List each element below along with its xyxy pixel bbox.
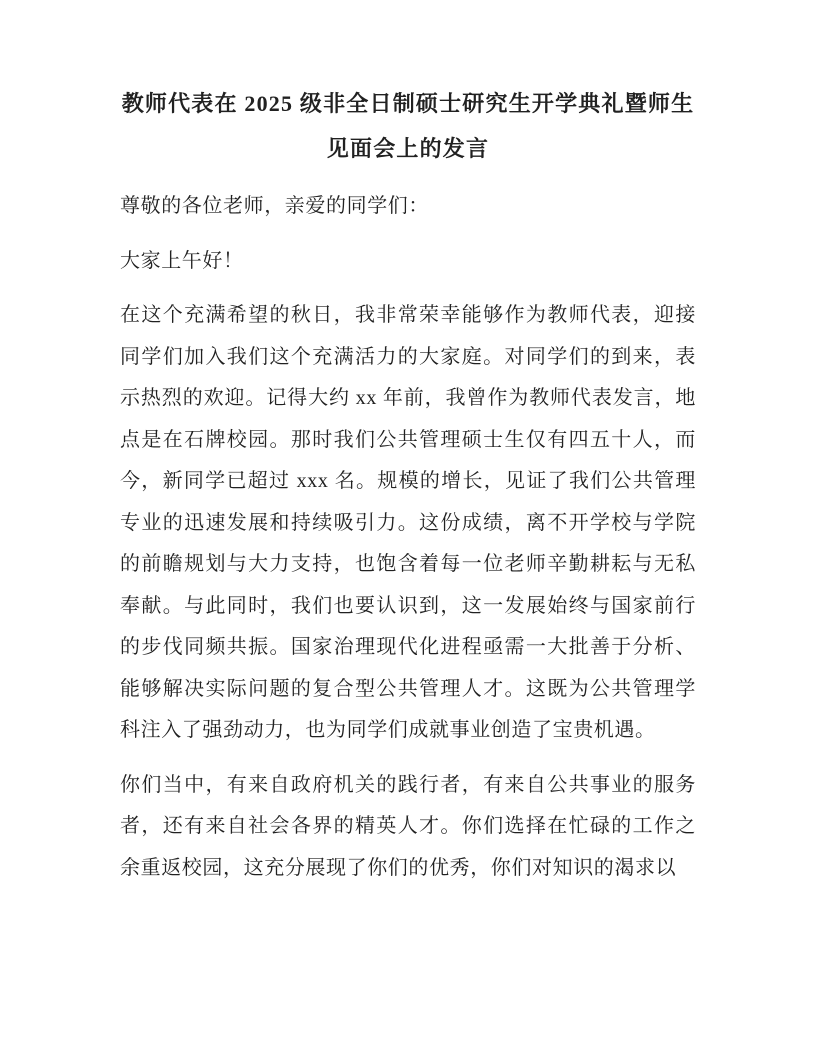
document-body: 尊敬的各位老师，亲爱的同学们：大家上午好！在这个充满希望的秋日，我非常荣幸能够作… [120, 186, 696, 889]
paragraph: 尊敬的各位老师，亲爱的同学们： [120, 186, 696, 228]
document-page: 教师代表在 2025 级非全日制硕士研究生开学典礼暨师生见面会上的发言 尊敬的各… [0, 0, 816, 1056]
document-title: 教师代表在 2025 级非全日制硕士研究生开学典礼暨师生见面会上的发言 [120, 81, 696, 171]
paragraph: 你们当中，有来自政府机关的践行者，有来自公共事业的服务者，还有来自社会各界的精英… [120, 765, 696, 890]
paragraph: 大家上午好！ [120, 241, 696, 283]
paragraph: 在这个充满希望的秋日，我非常荣幸能够作为教师代表，迎接同学们加入我们这个充满活力… [120, 295, 696, 752]
